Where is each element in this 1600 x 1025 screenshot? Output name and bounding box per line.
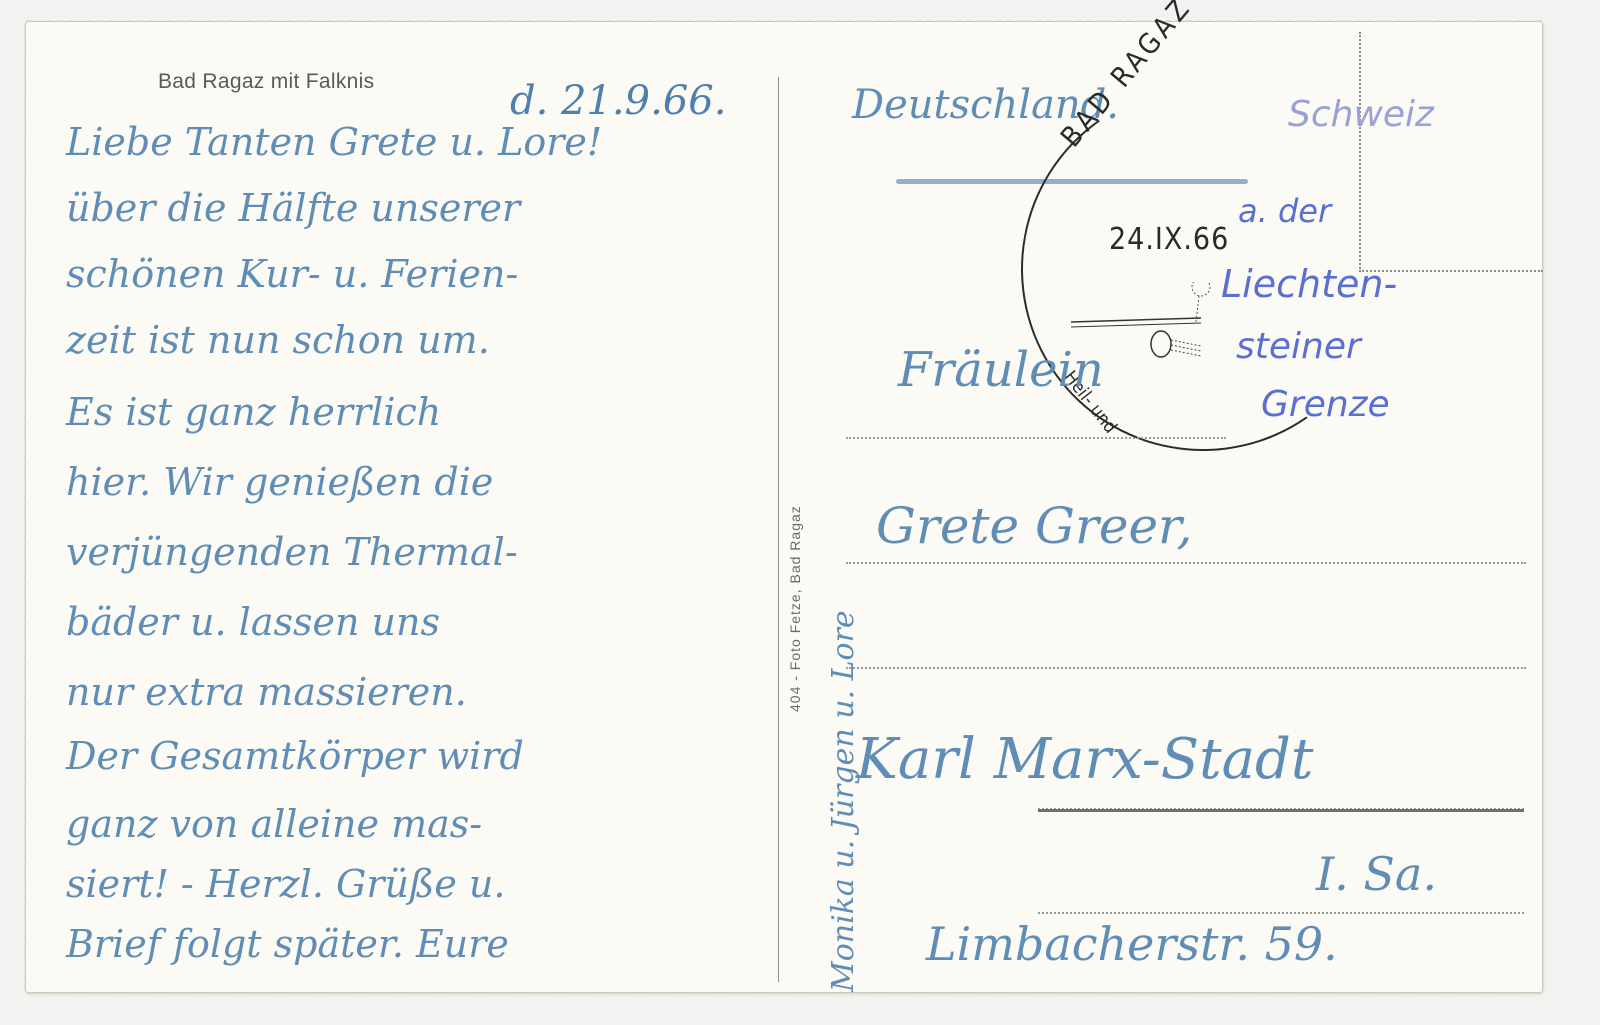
message-line: ganz von alleine mas- [66, 802, 482, 846]
center-divider [778, 77, 779, 982]
message-line: schönen Kur- u. Ferien- [66, 252, 518, 296]
address-city: Karl Marx-Stadt [856, 727, 1313, 792]
message-line: verjüngenden Thermal- [66, 530, 518, 574]
address-dotted-line [846, 437, 1226, 439]
message-line: zeit ist nun schon um. [66, 318, 490, 362]
address-dotted-line [846, 562, 1526, 564]
message-line: Der Gesamtkörper wird [66, 734, 524, 778]
address-city-underline [1038, 809, 1524, 812]
publisher-imprint: 404 - Foto Fetze, Bad Ragaz [787, 505, 803, 712]
address-dotted-line [1038, 912, 1524, 914]
message-line: siert! - Herzl. Grüße u. [66, 862, 505, 906]
message-line: Brief folgt später. Eure [66, 922, 509, 966]
message-line: Liebe Tanten Grete u. Lore! [66, 120, 602, 164]
message-line: Es ist ganz herrlich [66, 390, 441, 434]
message-line: nur extra massieren. [66, 670, 467, 714]
stamp-area [1359, 32, 1543, 272]
message-line: über die Hälfte unserer [66, 186, 520, 230]
address-salutation: Fräulein [898, 342, 1104, 398]
date-written: d. 21.9.66. [510, 78, 726, 124]
address-street: Limbacherstr. 59. [926, 917, 1338, 971]
address-postal-district: I. Sa. [1316, 847, 1437, 901]
postcard-back: Bad Ragaz mit Falknis d. 21.9.66. Liebe … [26, 22, 1542, 992]
message-line: bäder u. lassen uns [66, 600, 440, 644]
postmark-date: 24.IX.66 [1109, 222, 1229, 257]
message-line: hier. Wir genießen die [66, 460, 493, 504]
address-dotted-line [846, 667, 1526, 669]
address-name: Grete Greer, [876, 497, 1192, 555]
printed-caption: Bad Ragaz mit Falknis [158, 70, 374, 94]
